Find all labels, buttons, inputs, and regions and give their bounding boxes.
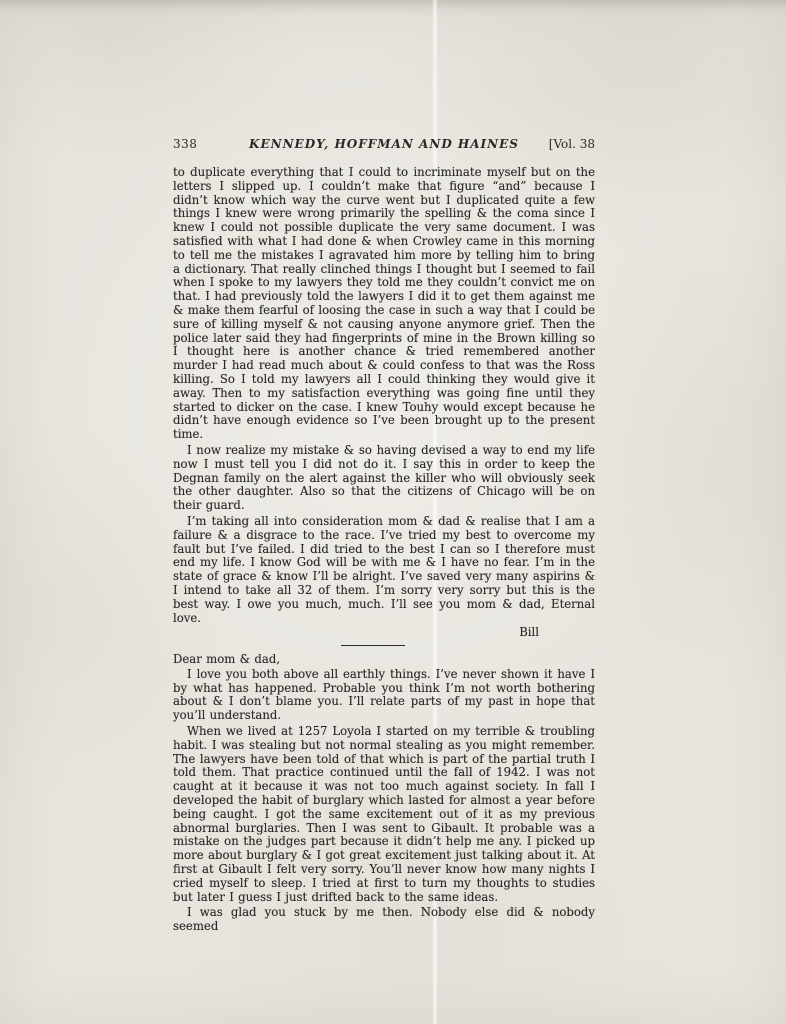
letter2-paragraph-3: I was glad you stuck by me then. Nobody … <box>173 906 595 934</box>
letter2-paragraph-2: When we lived at 1257 Loyola I started o… <box>173 725 595 904</box>
letter1-paragraph-2: I now realize my mistake & so having dev… <box>173 444 595 513</box>
scanned-journal-page: 338 KENNEDY, HOFFMAN AND HAINES [Vol. 38… <box>0 0 786 1024</box>
running-title: KENNEDY, HOFFMAN AND HAINES <box>243 137 525 151</box>
page-content: 338 KENNEDY, HOFFMAN AND HAINES [Vol. 38… <box>173 137 595 934</box>
page-number: 338 <box>173 137 243 151</box>
volume-label: [Vol. 38 <box>525 137 595 151</box>
letter1-paragraph-1: to duplicate everything that I could to … <box>173 166 595 442</box>
letter2-salutation: Dear mom & dad, <box>173 653 595 667</box>
section-divider-rule <box>341 645 405 646</box>
running-head: 338 KENNEDY, HOFFMAN AND HAINES [Vol. 38 <box>173 137 595 151</box>
letter1-signature: Bill <box>173 626 595 640</box>
letter1-paragraph-3: I’m taking all into consideration mom & … <box>173 515 595 625</box>
letter2-paragraph-1: I love you both above all earthly things… <box>173 668 595 723</box>
scan-top-edge-shadow <box>0 0 786 16</box>
letters-body: to duplicate everything that I could to … <box>173 166 595 934</box>
